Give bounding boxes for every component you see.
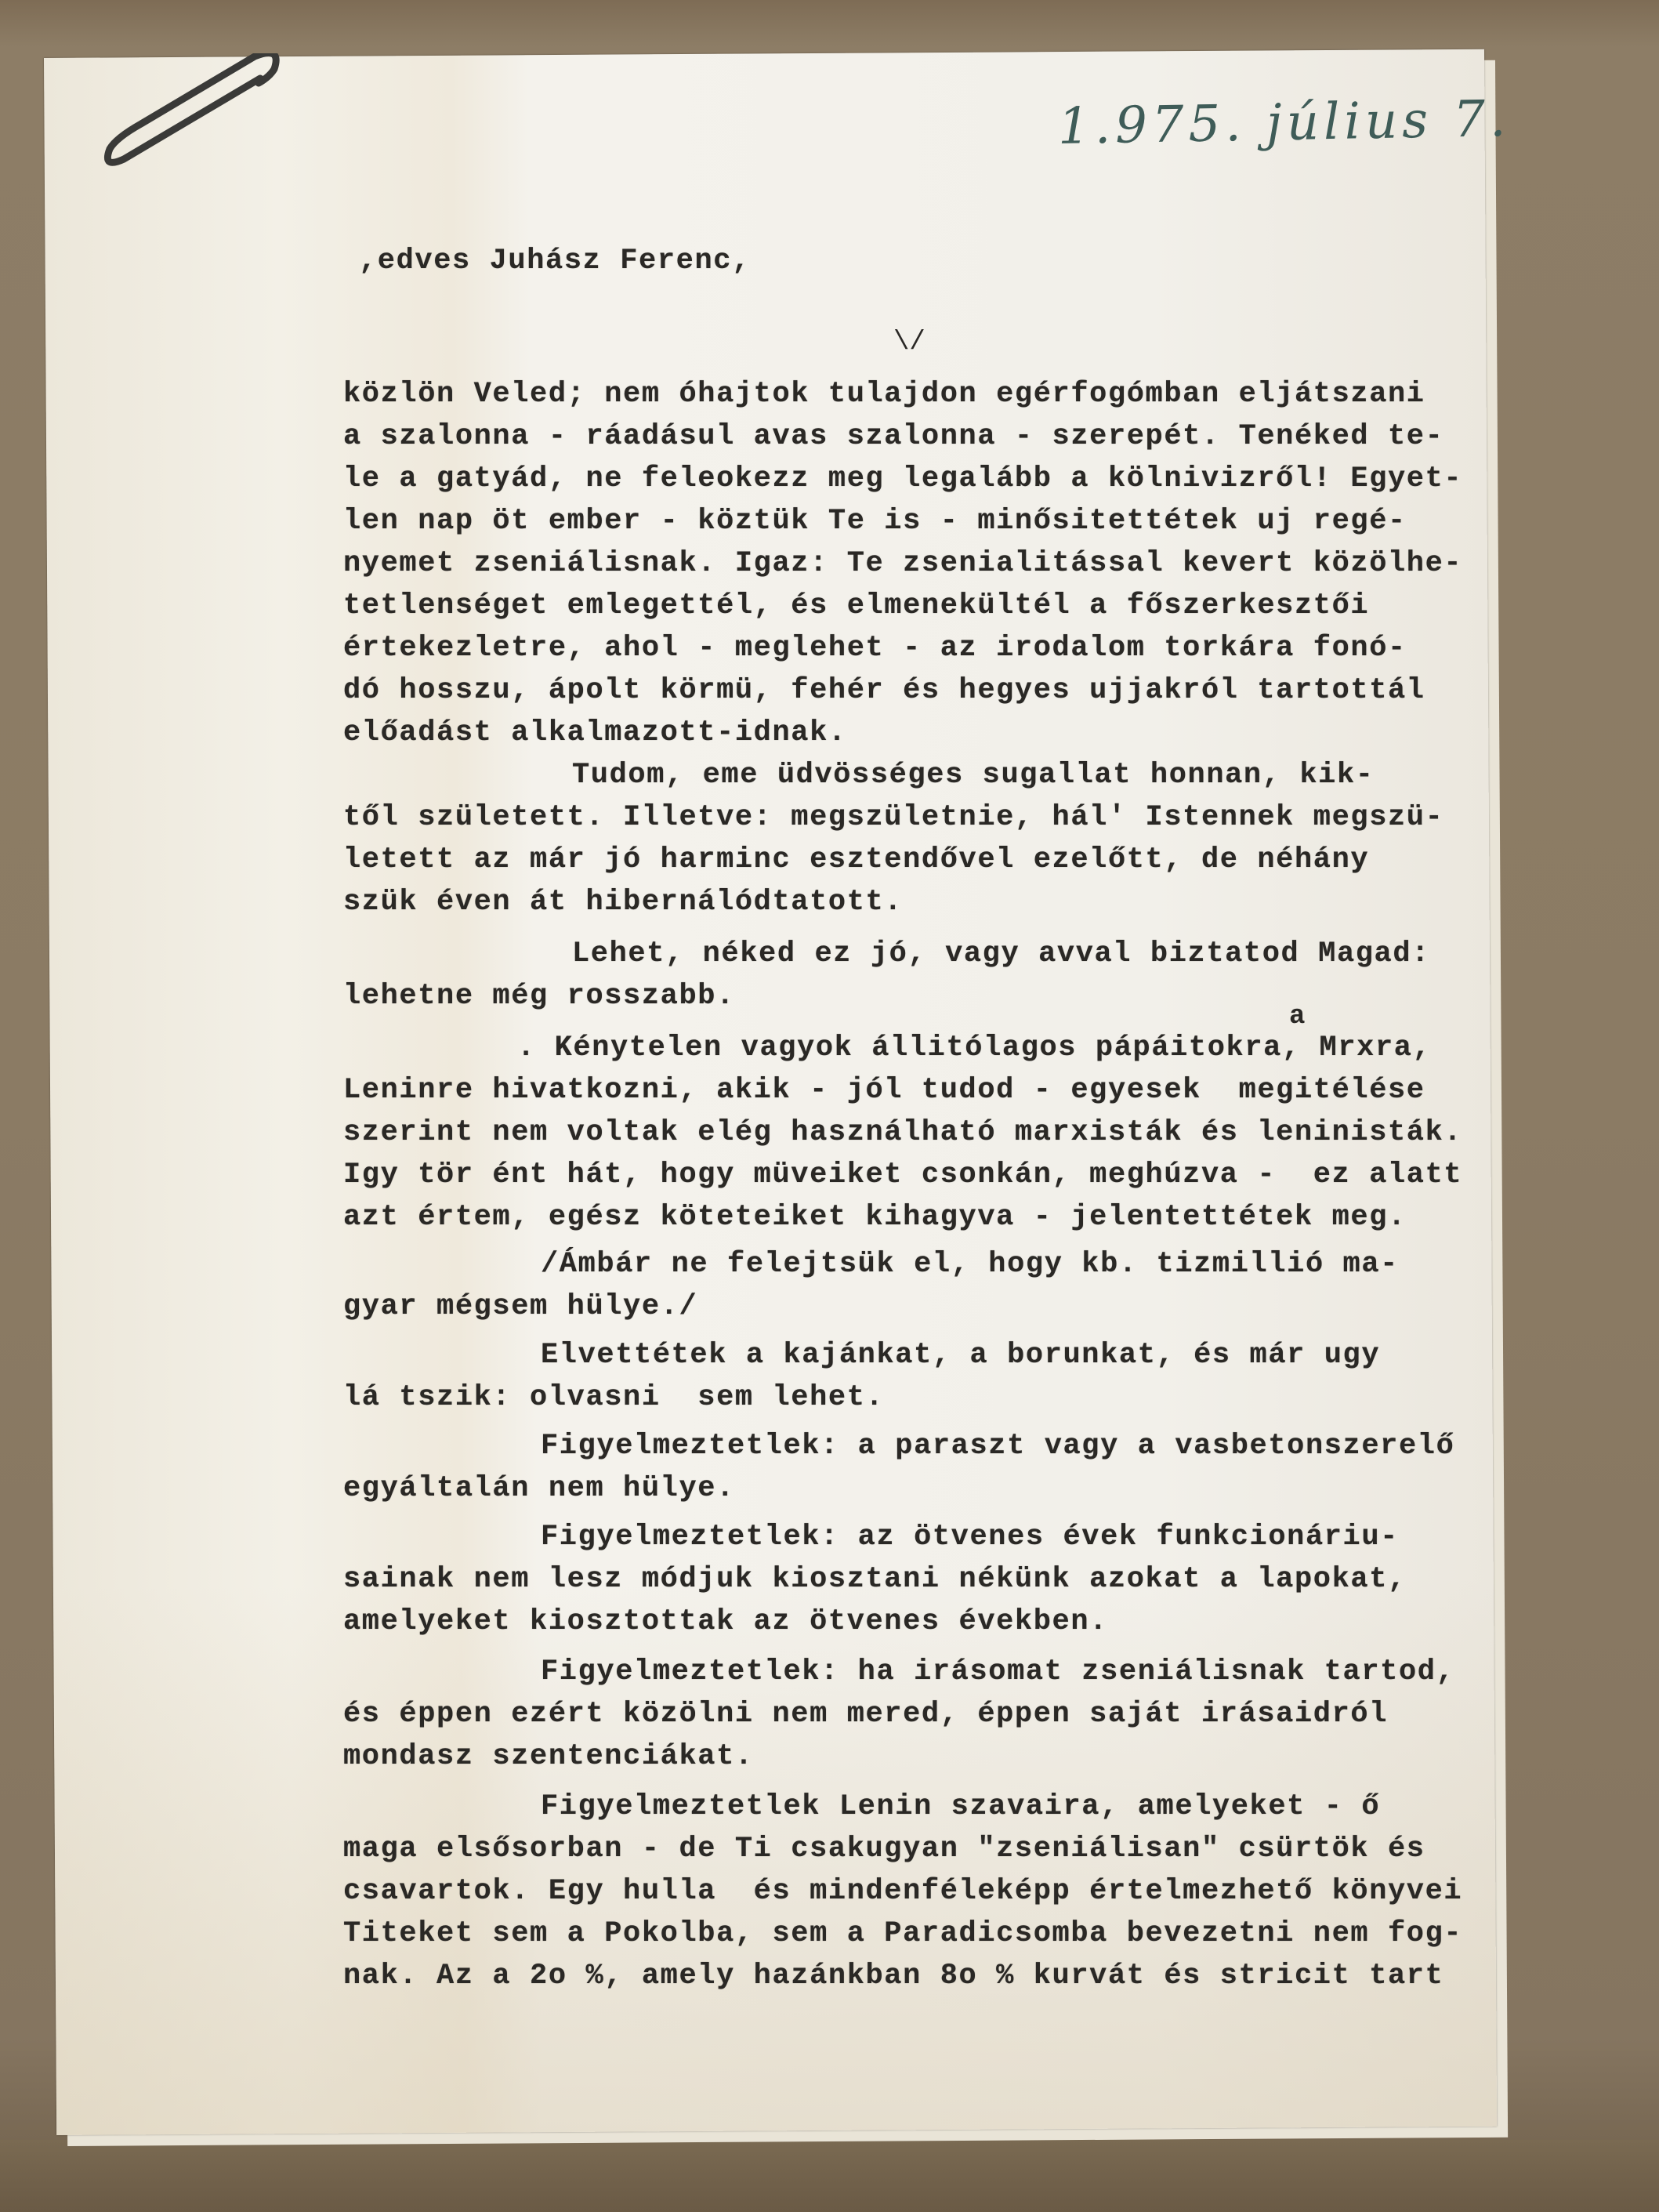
text-line: közlön Veled; nem óhajtok tulajdon egérf…	[343, 378, 1425, 411]
insertion-caret: \/	[893, 328, 925, 357]
text-line: előadást alkalmazott-idnak.	[343, 716, 847, 749]
text-line: dó hosszu, ápolt körmü, fehér és hegyes …	[343, 674, 1425, 707]
text-line: csavartok. Egy hulla és mindenféleképp é…	[343, 1875, 1462, 1908]
text-line: /Ámbár ne felejtsük el, hogy kb. tizmill…	[541, 1248, 1399, 1281]
text-line: le a gatyád, ne feleokezz meg legalább a…	[343, 462, 1462, 495]
text-line: lehetne még rosszabb.	[343, 980, 735, 1013]
text-line: Figyelmeztetlek: ha irásomat zseniálisna…	[541, 1655, 1454, 1688]
text-line: len nap öt ember - köztük Te is - minősi…	[343, 505, 1407, 538]
text-line: Figyelmeztetlek Lenin szavaira, amelyeke…	[541, 1790, 1380, 1823]
text-line: Figyelmeztetlek: az ötvenes évek funkcio…	[541, 1521, 1399, 1554]
text-line: a szalonna - ráadásul avas szalonna - sz…	[343, 420, 1443, 453]
text-line: mondasz szentenciákat.	[343, 1740, 754, 1773]
text-line: tetlenséget emlegettél, és elmenekültél …	[343, 589, 1369, 622]
text-line: és éppen ezért közölni nem mered, éppen …	[343, 1698, 1388, 1731]
text-line: lá tszik: olvasni sem lehet.	[343, 1381, 884, 1414]
text-line: Leninre hivatkozni, akik - jól tudod - e…	[343, 1074, 1425, 1107]
typed-insertion: a	[1289, 1002, 1305, 1032]
text-line: letett az már jó harminc esztendővel eze…	[343, 843, 1369, 876]
text-line: egyáltalán nem hülye.	[343, 1472, 735, 1505]
text-line: gyar mégsem hülye./	[343, 1290, 697, 1323]
text-line: Lehet, néked ez jó, vagy avval biztatod …	[572, 937, 1430, 970]
text-line: sainak nem lesz módjuk kiosztani nékünk …	[343, 1563, 1407, 1596]
text-line: nak. Az a 2o %, amely hazánkban 8o % kur…	[343, 1960, 1443, 1993]
text-line: szerint nem voltak elég használható marx…	[343, 1116, 1462, 1149]
text-line: nyemet zseniálisnak. Igaz: Te zsenialitá…	[343, 547, 1462, 580]
text-line: Elvettétek a kajánkat, a borunkat, és má…	[541, 1339, 1380, 1372]
letter-body: ,edves Juhász Ferenc, \/ közlön Veled; n…	[0, 0, 1659, 2212]
text-line: től született. Illetve: megszületnie, há…	[343, 801, 1443, 834]
text-line: Titeket sem a Pokolba, sem a Paradicsomb…	[343, 1917, 1462, 1950]
text-line: Igy tör ént hát, hogy müveiket csonkán, …	[343, 1159, 1462, 1191]
text-line: értekezletre, ahol - meglehet - az iroda…	[343, 632, 1407, 665]
text-line: szük éven át hibernálódtatott.	[343, 886, 903, 919]
text-line: amelyeket kiosztottak az ötvenes években…	[343, 1605, 1108, 1638]
text-line: Figyelmeztetlek: a paraszt vagy a vasbet…	[541, 1430, 1454, 1463]
text-line: maga elsősorban - de Ti csakugyan "zseni…	[343, 1833, 1425, 1866]
salutation: ,edves Juhász Ferenc,	[359, 245, 751, 277]
text-line: Tudom, eme üdvösséges sugallat honnan, k…	[572, 759, 1375, 792]
text-line: . Kénytelen vagyok állitólagos pápáitokr…	[517, 1032, 1431, 1064]
text-line: azt értem, egész köteteiket kihagyva - j…	[343, 1201, 1407, 1234]
